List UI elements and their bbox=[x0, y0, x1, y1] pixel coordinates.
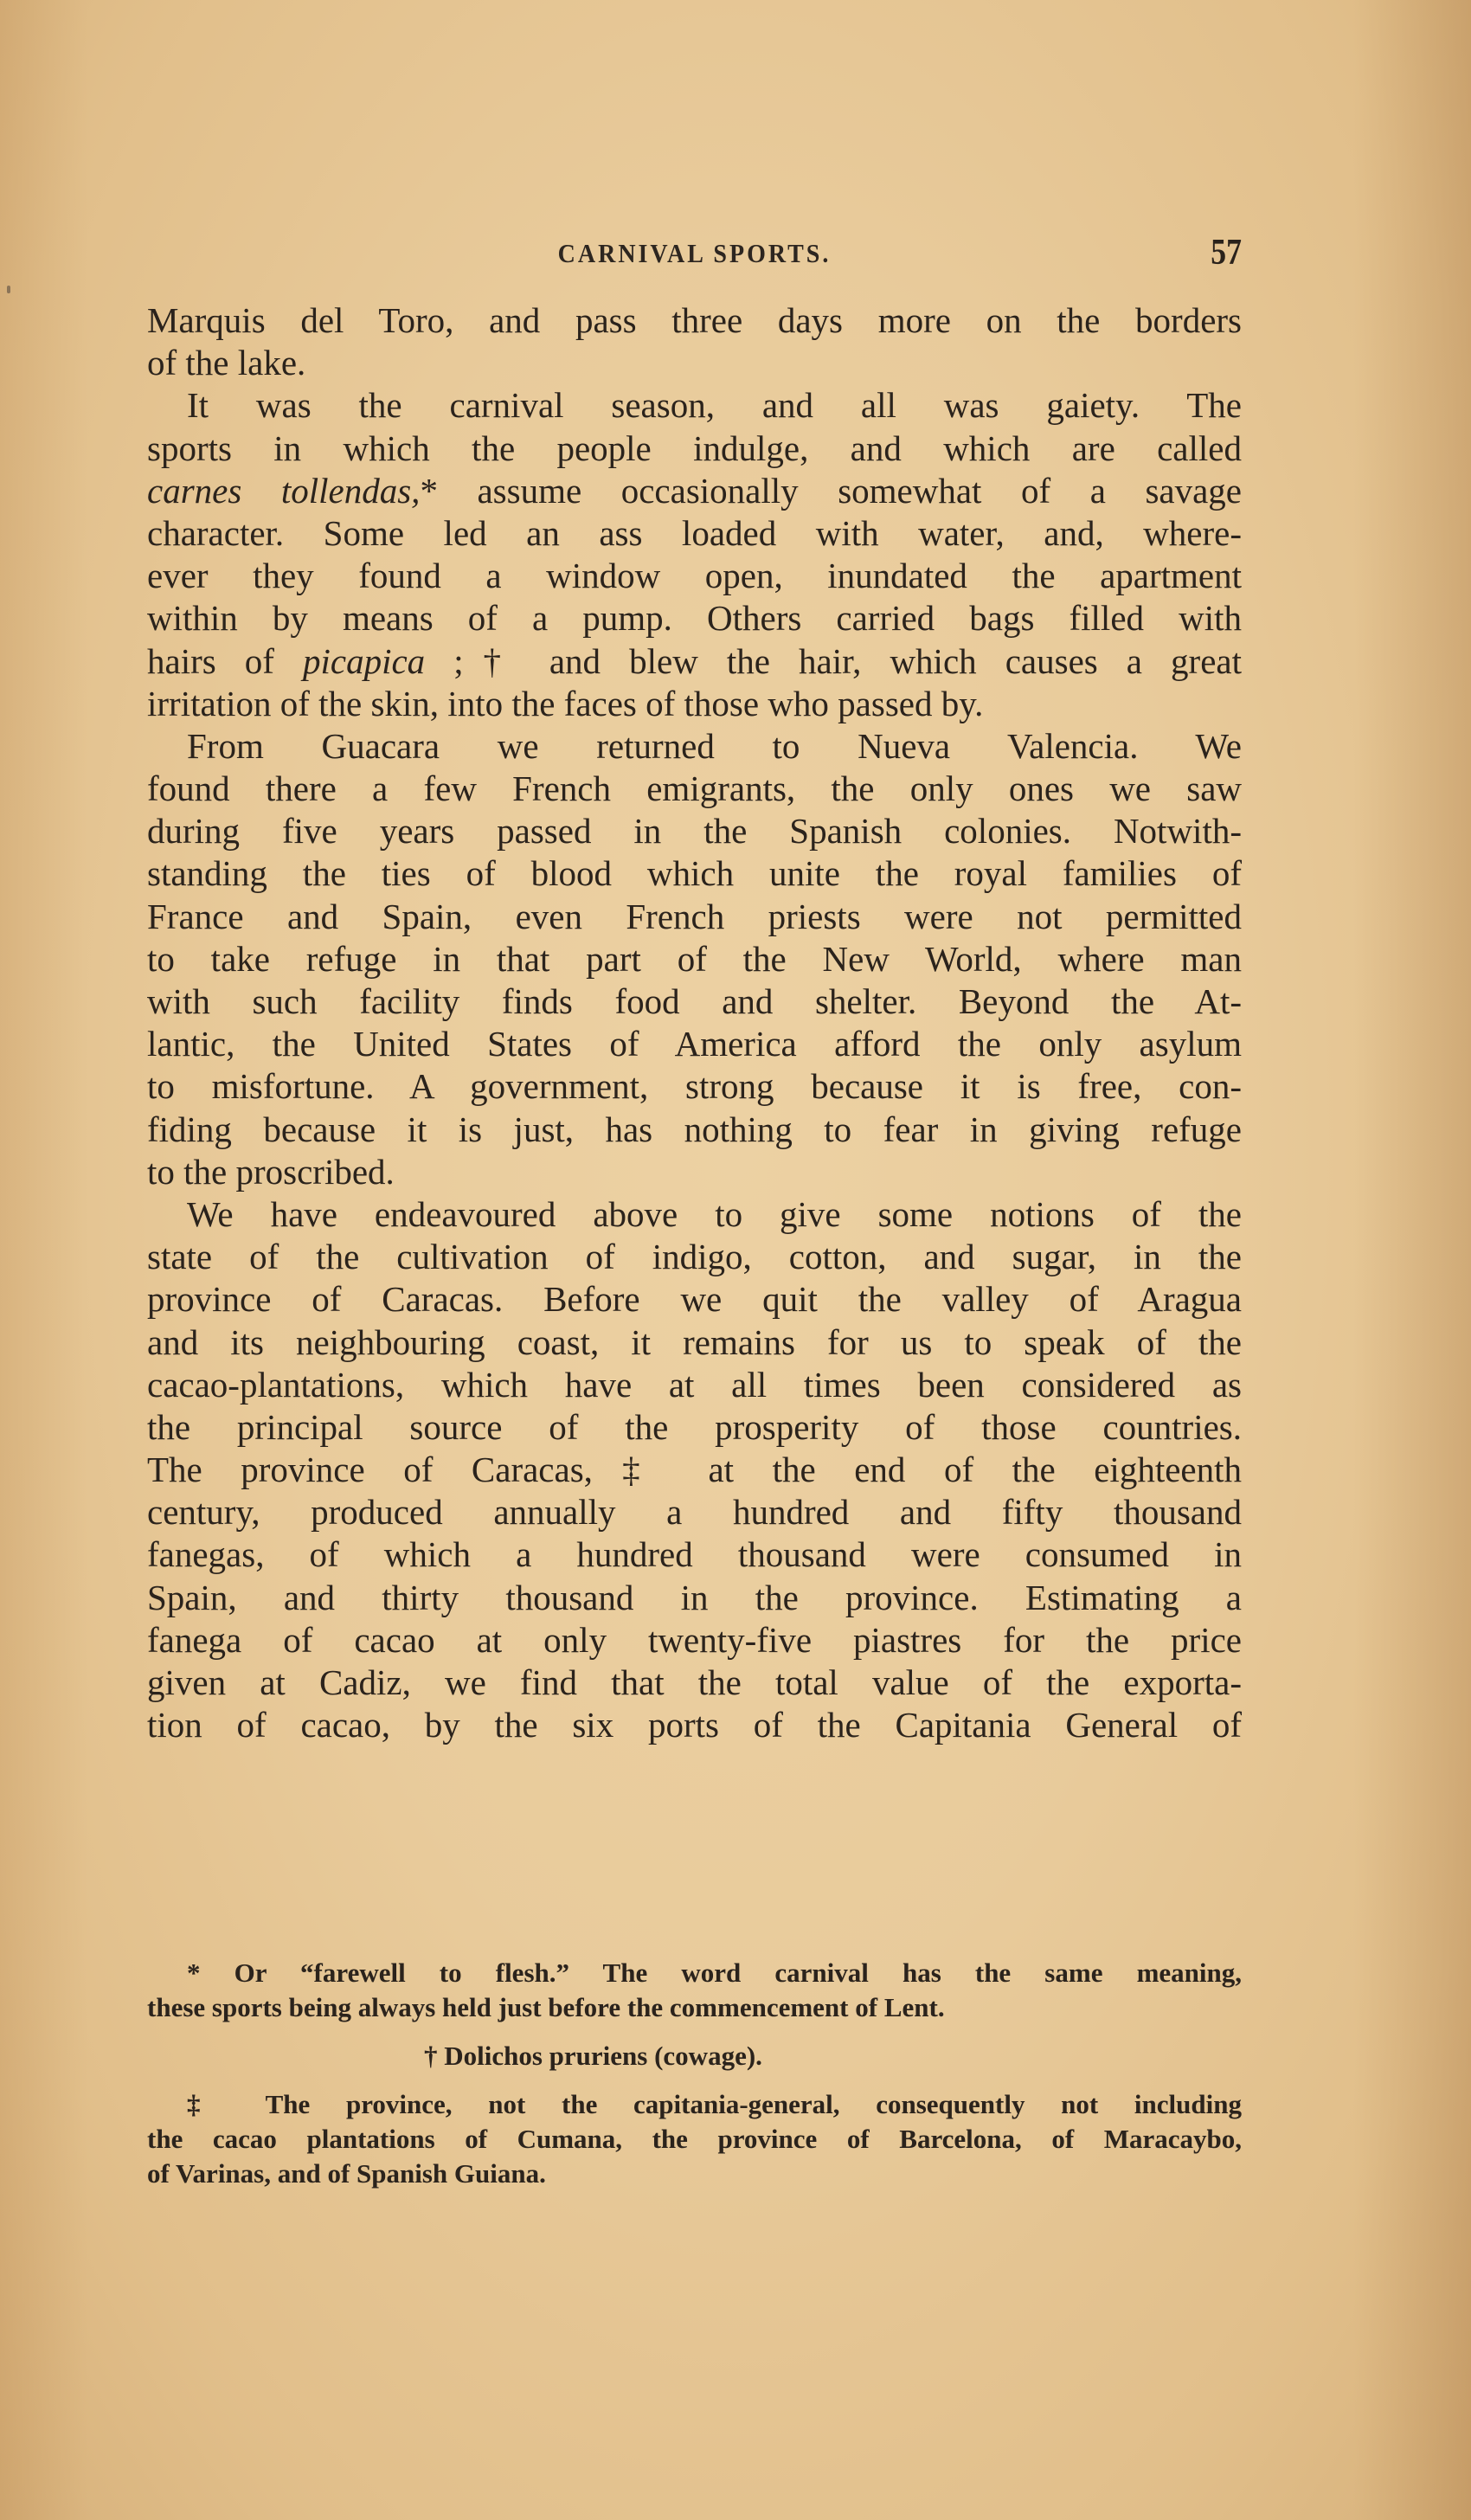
italic-term: carnes tollendas, bbox=[147, 471, 420, 511]
footnote-line: of Varinas, and of Spanish Guiana. bbox=[147, 2157, 1242, 2191]
footnote-line: the cacao plantations of Cumana, the pro… bbox=[147, 2122, 1242, 2157]
footnote-line: ‡ The province, not the capitania-genera… bbox=[147, 2087, 1242, 2122]
page-number: 57 bbox=[1211, 232, 1242, 273]
body-line: fanega of cacao at only twenty-five pias… bbox=[147, 1619, 1242, 1662]
running-head: CARNIVAL SPORTS. 57 bbox=[147, 232, 1242, 275]
body-line: standing the ties of blood which unite t… bbox=[147, 852, 1242, 895]
body-line: tion of cacao, by the six ports of the C… bbox=[147, 1704, 1242, 1746]
body-line: The province of Caracas,‡ at the end of … bbox=[147, 1449, 1242, 1491]
body-line: within by means of a pump. Others carrie… bbox=[147, 597, 1242, 640]
body-line: carnes tollendas,* assume occasionally s… bbox=[147, 470, 1242, 512]
body-line: to misfortune. A government, strong beca… bbox=[147, 1065, 1242, 1108]
body-line: lantic, the United States of America aff… bbox=[147, 1023, 1242, 1065]
body-line: with such facility finds food and shelte… bbox=[147, 980, 1242, 1023]
body-line: given at Cadiz, we find that the total v… bbox=[147, 1662, 1242, 1704]
body-line: during five years passed in the Spanish … bbox=[147, 810, 1242, 852]
footnote-double-dagger: ‡ The province, not the capitania-genera… bbox=[147, 2087, 1242, 2191]
body-line: sports in which the people indulge, and … bbox=[147, 427, 1242, 470]
footnote-gap bbox=[147, 2073, 1242, 2087]
footnotes: * Or “farewell to flesh.” The word carni… bbox=[147, 1956, 1242, 2191]
footnote-line: these sports being always held just befo… bbox=[147, 1990, 1242, 2025]
body-line: of the lake. bbox=[147, 342, 1242, 384]
footnote-gap bbox=[147, 2025, 1242, 2039]
body-line: found there a few French emigrants, the … bbox=[147, 768, 1242, 810]
running-title: CARNIVAL SPORTS. bbox=[147, 239, 1242, 269]
body-line: province of Caracas. Before we quit the … bbox=[147, 1278, 1242, 1321]
body-line: the principal source of the prosperity o… bbox=[147, 1406, 1242, 1449]
body-line: Spain, and thirty thousand in the provin… bbox=[147, 1577, 1242, 1619]
footnote-dagger: † Dolichos pruriens (cowage). bbox=[147, 2039, 1242, 2073]
body-line: irritation of the skin, into the faces o… bbox=[147, 683, 1242, 725]
body-line-pre: hairs of bbox=[147, 641, 303, 681]
body-line: fanegas, of which a hundred thousand wer… bbox=[147, 1533, 1242, 1576]
body-line: fiding because it is just, has nothing t… bbox=[147, 1109, 1242, 1151]
body-line: France and Spain, even French priests we… bbox=[147, 896, 1242, 938]
italic-term: picapica bbox=[303, 641, 425, 681]
body-line: ever they found a window open, inundated… bbox=[147, 555, 1242, 597]
body-line: hairs of picapica ;† and blew the hair, … bbox=[147, 640, 1242, 683]
paragraph-start: We have endeavoured above to give some n… bbox=[147, 1193, 1242, 1236]
body-line: century, produced annually a hundred and… bbox=[147, 1491, 1242, 1533]
body-line: to take refuge in that part of the New W… bbox=[147, 938, 1242, 980]
footnote-line: † Dolichos pruriens (cowage). bbox=[147, 2039, 1242, 2073]
body-line: to the proscribed. bbox=[147, 1151, 1242, 1193]
book-page: CARNIVAL SPORTS. 57 Marquis del Toro, an… bbox=[0, 0, 1471, 2520]
body-line: state of the cultivation of indigo, cott… bbox=[147, 1236, 1242, 1278]
margin-mark bbox=[7, 286, 10, 293]
body-line-rest: * assume occasionally somewhat of a sava… bbox=[420, 471, 1242, 511]
paragraph-start: From Guacara we returned to Nueva Valenc… bbox=[147, 725, 1242, 768]
body-line: character. Some led an ass loaded with w… bbox=[147, 512, 1242, 555]
body-line: cacao-plantations, which have at all tim… bbox=[147, 1364, 1242, 1406]
body-line: and its neighbouring coast, it remains f… bbox=[147, 1321, 1242, 1364]
body-line: Marquis del Toro, and pass three days mo… bbox=[147, 299, 1242, 342]
body-line-rest: ;† and blew the hair, which causes a gre… bbox=[425, 641, 1242, 681]
body-text: Marquis del Toro, and pass three days mo… bbox=[147, 299, 1242, 1746]
footnote-star: * Or “farewell to flesh.” The word carni… bbox=[147, 1956, 1242, 2025]
paragraph-start: It was the carnival season, and all was … bbox=[147, 384, 1242, 427]
footnote-line: * Or “farewell to flesh.” The word carni… bbox=[147, 1956, 1242, 1990]
